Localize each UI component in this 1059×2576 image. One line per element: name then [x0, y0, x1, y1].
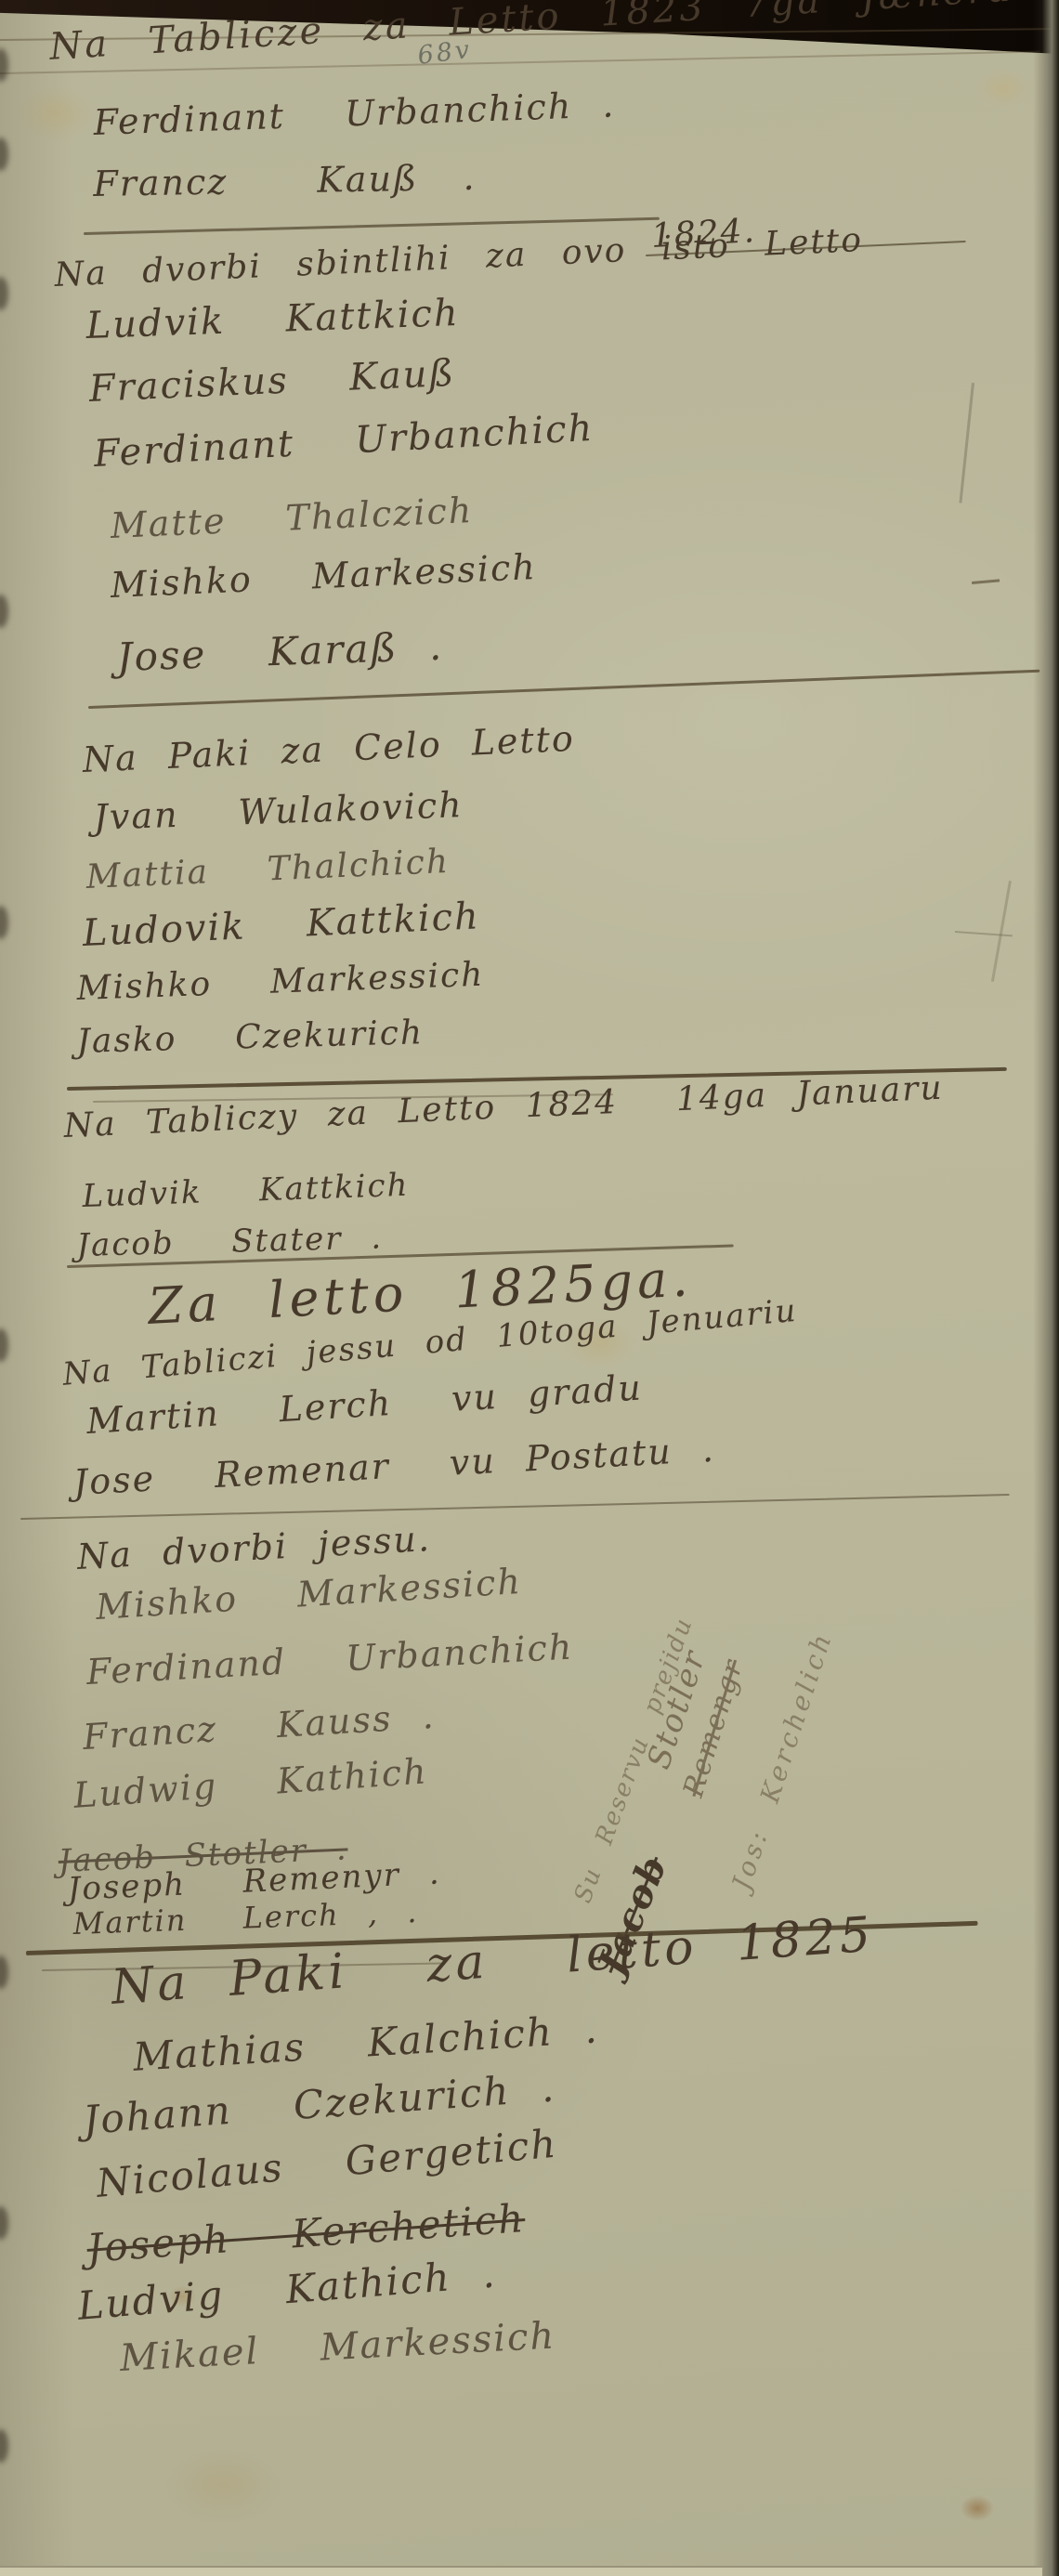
section-heading: Na dvorbi sbintlihi za ovo isto Letto	[54, 223, 864, 294]
edge-smudge	[0, 137, 8, 171]
name-entry: Francz Kauss .	[82, 1697, 437, 1757]
name-entry: Mikael Markessich	[119, 2316, 556, 2379]
edge-smudge	[0, 906, 8, 939]
edge-smudge	[0, 2206, 8, 2240]
name-entry: Mishko Markessich	[76, 958, 485, 1008]
name-entry: Francz Kauß .	[93, 159, 477, 203]
name-entry: Jose Remenar vu Postatu .	[72, 1431, 716, 1502]
section-heading: Na Paki za Celo Letto	[82, 720, 576, 779]
scratch-mark	[972, 579, 1000, 584]
edge-smudge	[0, 595, 8, 628]
edge-smudge	[0, 1955, 8, 1989]
bottom-page-edge	[0, 2566, 1042, 2576]
scratch-mark	[955, 931, 1013, 936]
right-page-edge	[1033, 0, 1059, 2576]
section-rule	[84, 217, 660, 235]
name-entry: Jvan Wulakovich	[93, 786, 464, 837]
manuscript-page: 68v Na Tablicze za Letto 1823 7ga Jænera…	[0, 0, 1059, 2576]
name-entry: Jasko Czekurich	[76, 1015, 425, 1061]
name-entry: Ludovik Kattkich	[82, 896, 481, 954]
section-heading: Na dvorbi jessu.	[76, 1520, 432, 1576]
name-entry: Ferdinant Urbanchich .	[93, 85, 616, 142]
name-entry: Ludvik Kattkich	[85, 294, 460, 347]
name-entry: Ferdinand Urbanchich	[85, 1628, 574, 1692]
edge-smudge	[0, 277, 8, 310]
edge-smudge	[0, 1328, 8, 1362]
name-entry: Fraciskus Kauß	[88, 354, 456, 410]
edge-smudge	[0, 2429, 8, 2463]
name-entry: Ludvik Kattkich	[82, 1169, 410, 1214]
name-entry: Mishko Markessich	[110, 548, 538, 605]
name-entry: Ferdinant Urbanchich	[93, 409, 595, 475]
name-entry: Ludwig Kathich	[72, 1752, 429, 1815]
name-entry: Jose Karaß .	[116, 625, 444, 679]
name-entry: Mattia Thalchich	[85, 844, 451, 896]
scratch-mark	[959, 383, 974, 503]
section-heading: Na Tabliczy za Letto 1824 14ga Januaru	[63, 1071, 944, 1145]
edge-smudge	[0, 48, 8, 82]
scratch-mark	[991, 881, 1012, 982]
name-entry: Matte Thalczich	[110, 491, 474, 545]
